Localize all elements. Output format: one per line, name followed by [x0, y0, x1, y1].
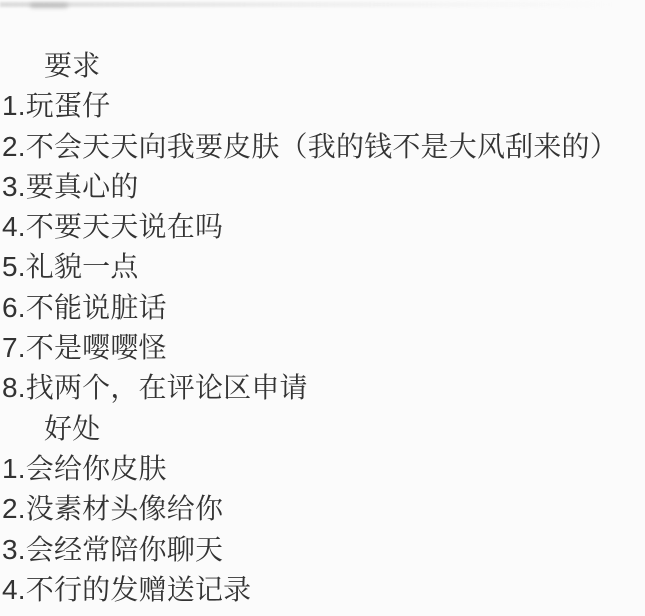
requirement-item-2: 2.不会天天向我要皮肤（我的钱不是大风刮来的）: [2, 127, 643, 167]
benefit-item-2: 2.没素材头像给你: [2, 489, 643, 529]
requirement-item-1: 1.玩蛋仔: [2, 86, 643, 126]
benefit-item-3: 3.会经常陪你聊天: [2, 530, 643, 570]
requirements-heading: 要求: [2, 46, 643, 86]
benefit-item-4: 4.不行的发赠送记录: [2, 570, 643, 610]
requirement-item-7: 7.不是嘤嘤怪: [2, 328, 643, 368]
top-edge-smudge: [30, 3, 68, 8]
requirement-item-6: 6.不能说脏话: [2, 288, 643, 328]
benefit-item-1: 1.会给你皮肤: [2, 449, 643, 489]
requirement-item-5: 5.礼貌一点: [2, 247, 643, 287]
requirement-item-8: 8.找两个，在评论区申请: [2, 368, 643, 408]
benefits-heading: 好处: [2, 409, 643, 449]
text-document: 要求 1.玩蛋仔 2.不会天天向我要皮肤（我的钱不是大风刮来的） 3.要真心的 …: [2, 46, 643, 610]
requirement-item-3: 3.要真心的: [2, 167, 643, 207]
requirement-item-4: 4.不要天天说在吗: [2, 207, 643, 247]
top-edge-shadow: [0, 2, 645, 7]
